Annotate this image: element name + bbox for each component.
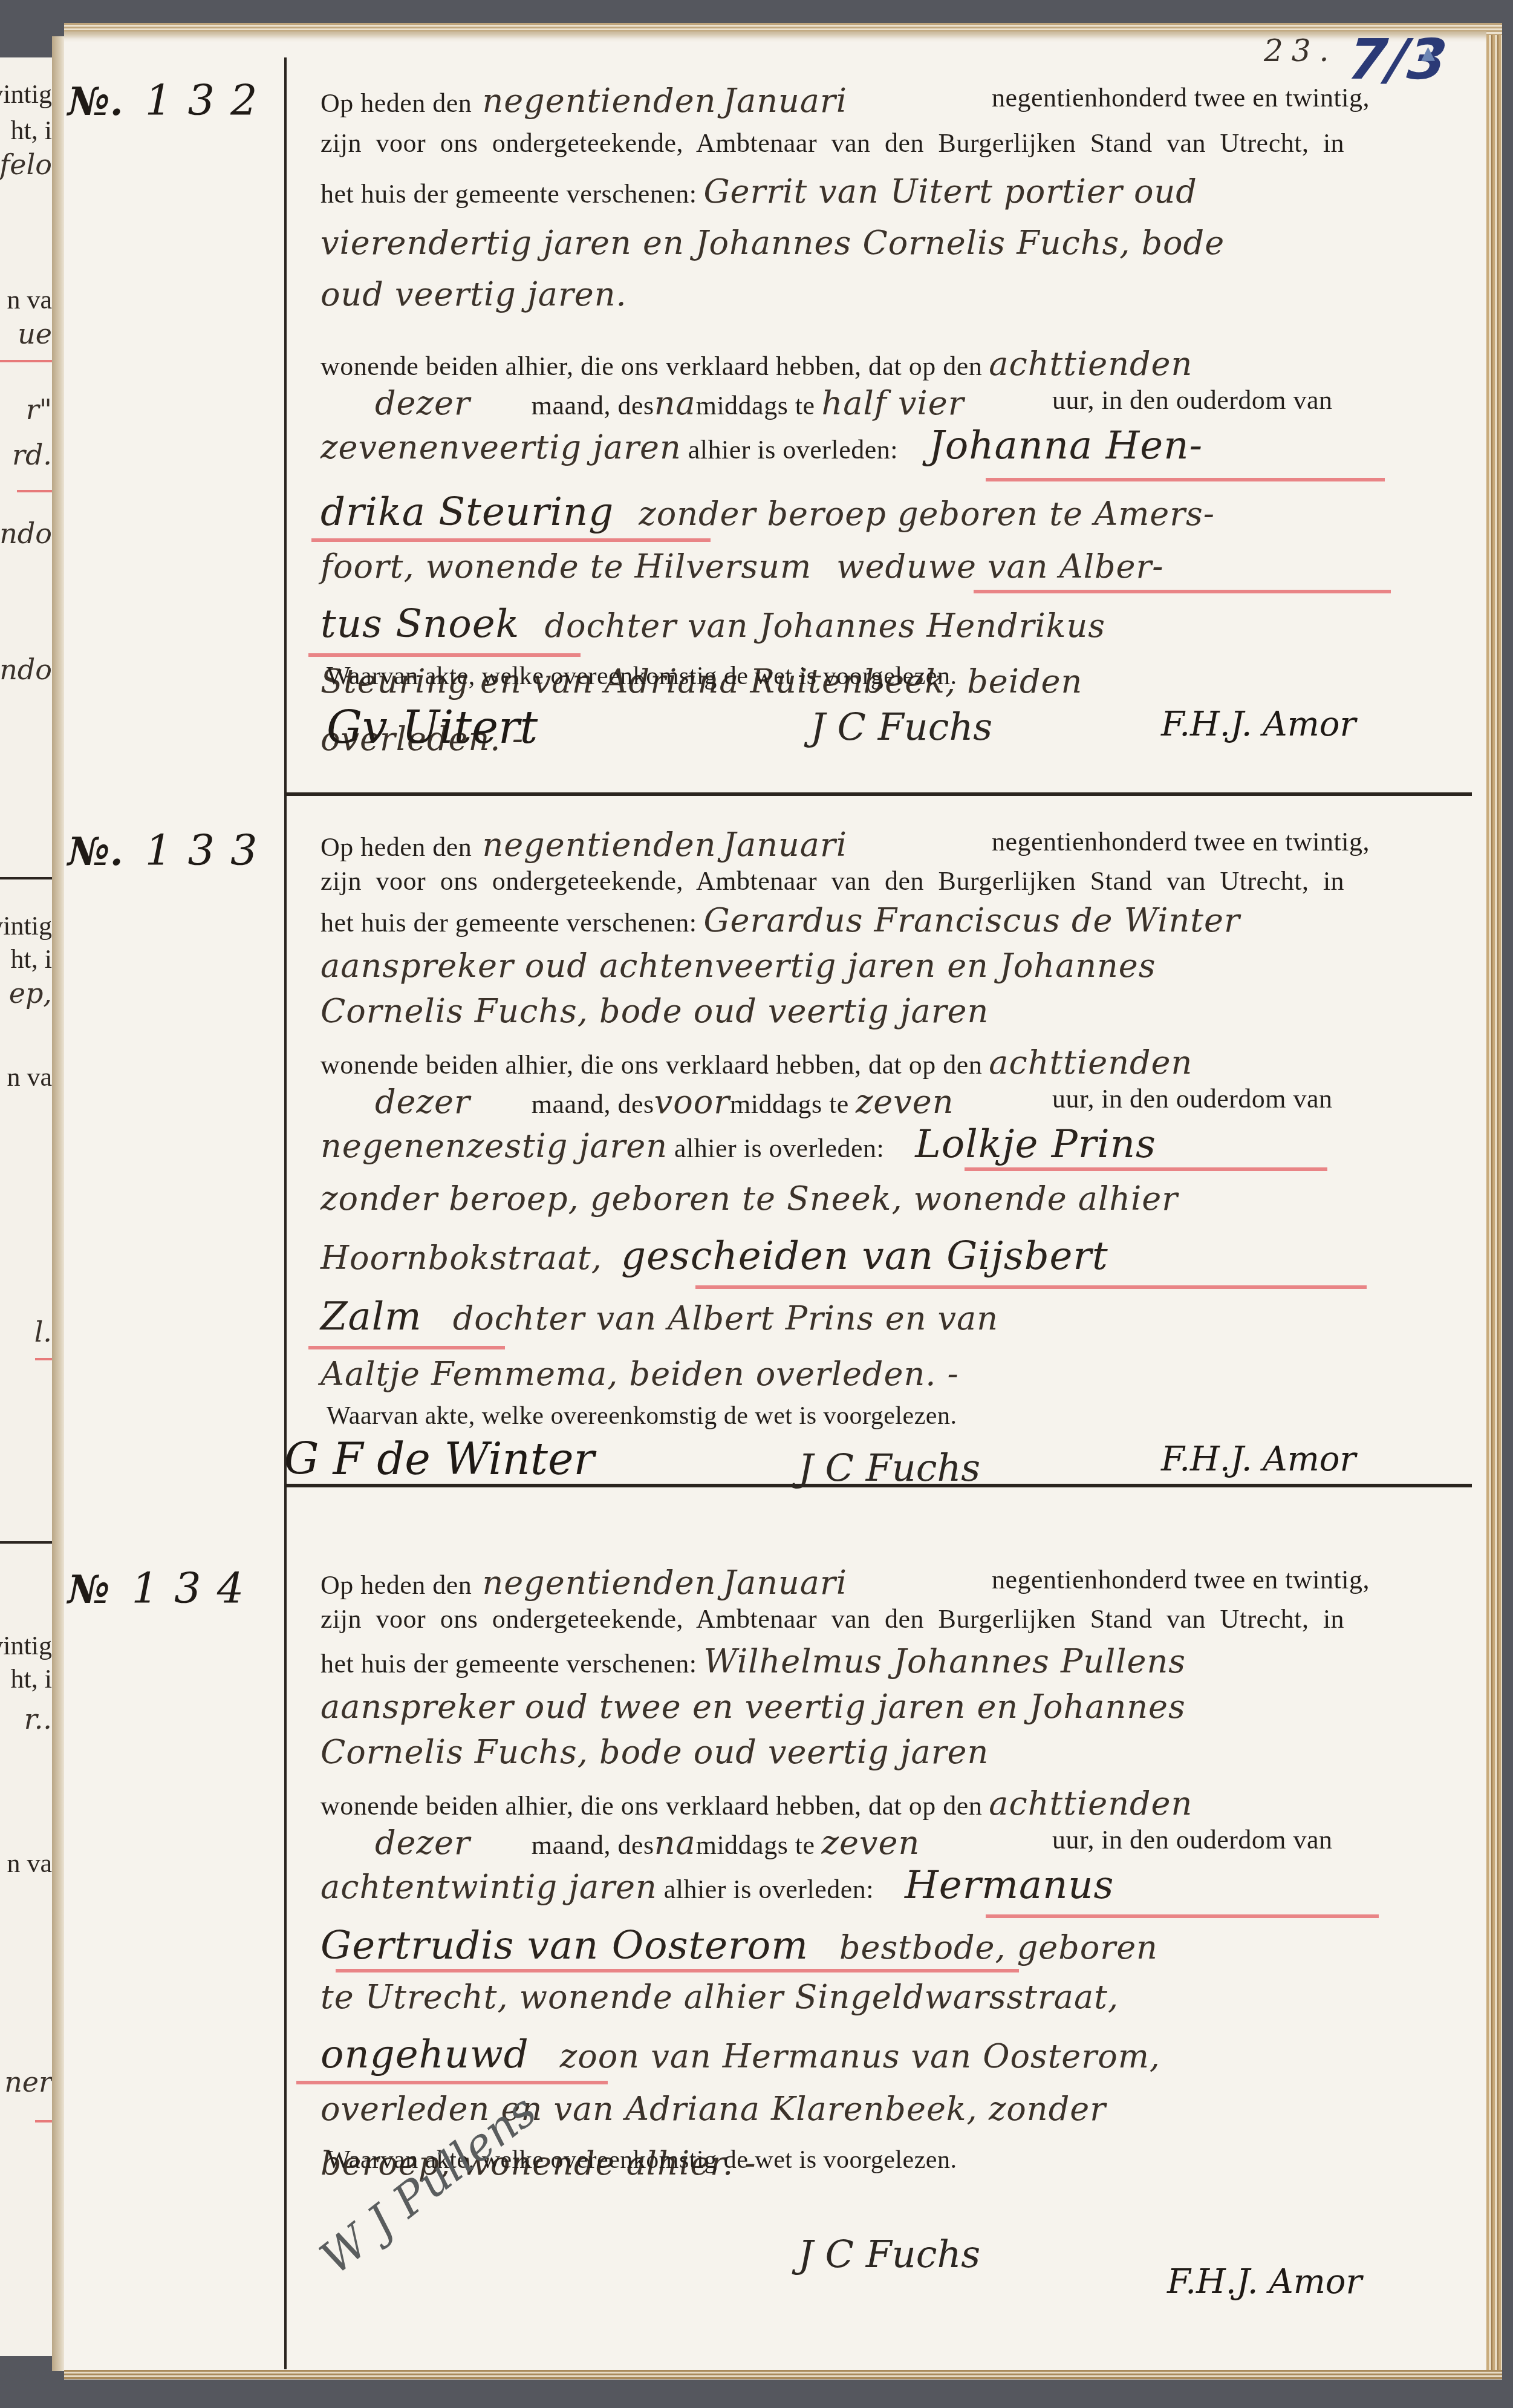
left-page-fragment: vintig ht, i felo n va ue r" rd. ndo ndo… <box>0 57 53 2356</box>
signature-witness-2: J C Fuchs <box>798 1446 980 1490</box>
record-line: tus Snoek dochter van Johannes Hendrikus <box>320 605 1403 644</box>
handwritten-text: na <box>654 1824 696 1862</box>
handwritten-text: dezer <box>375 1083 470 1121</box>
spouse-name: tus Snoek <box>320 602 519 647</box>
handwritten-time: zeven <box>822 1824 920 1862</box>
record-divider <box>0 877 53 879</box>
red-underline <box>986 478 1385 481</box>
printed-text: Op heden den <box>320 88 472 118</box>
number-sign: №. <box>68 79 123 125</box>
red-underline <box>695 1285 1367 1289</box>
deceased-name: Gertrudis van Oosterom <box>320 1923 809 1968</box>
handwritten-marital-status: weduwe van Alber- <box>836 547 1163 586</box>
handwritten-month: Januari <box>723 826 847 864</box>
left-fragment-text: wintig <box>0 910 52 941</box>
record-line: wonende beiden alhier, die ons verklaard… <box>320 1046 1403 1079</box>
handwritten-day: negentienden <box>482 826 716 864</box>
record-divider <box>287 792 1472 796</box>
record-line: achtentwintig jaren alhier is overleden:… <box>320 1866 1403 1905</box>
printed-text: uur, in den ouderdom van <box>1052 1827 1333 1853</box>
handwritten-text: dochter van Johannes Hendrikus <box>544 607 1105 645</box>
record-number-value: 133 <box>145 826 273 875</box>
printed-text: uur, in den ouderdom van <box>1052 1086 1333 1112</box>
handwritten-text: oud veertig jaren. <box>320 275 627 313</box>
printed-text: alhier is overleden: <box>688 435 898 465</box>
handwritten-time: half vier <box>822 384 965 422</box>
record-line: Op heden den negentienden Januari negent… <box>320 1567 1403 1599</box>
deceased-name: Hermanus <box>905 1863 1114 1908</box>
book-gutter <box>52 36 65 2371</box>
closing-formula: Waarvan akte, welke overeenkomstig de we… <box>327 1402 1409 1429</box>
red-underline <box>296 2081 608 2084</box>
record-number: №134 <box>68 1564 259 1613</box>
left-fragment-handwriting: ue <box>18 318 52 350</box>
handwritten-day: negentienden <box>482 1564 716 1602</box>
printed-text: Op heden den <box>320 1570 472 1600</box>
handwritten-marital-status: ongehuwd <box>320 2032 529 2077</box>
signature-witness-1: Gv Uitert <box>327 702 538 754</box>
page-bottom-edge <box>64 2370 1502 2380</box>
record-line: aanspreker oud twee en veertig jaren en … <box>320 1691 1403 1723</box>
left-fragment-handwriting: r.. <box>24 1703 52 1735</box>
signature-registrar: F.H.J. Amor <box>1161 705 1356 744</box>
handwritten-age: negenenzestig jaren <box>320 1127 668 1165</box>
record-line: zijn voor ons ondergeteekende, Ambtenaar… <box>320 868 1403 895</box>
record-line: dezer maand, desvoormiddags te zeven uur… <box>320 1086 1403 1118</box>
record-line: aanspreker oud achtenveertig jaren en Jo… <box>320 950 1403 982</box>
printed-text: Waarvan akte, welke overeenkomstig de we… <box>327 1402 957 1430</box>
record-line: dezer maand, desnamiddags te zeven uur, … <box>320 1827 1403 1859</box>
left-fragment-text: ht, i <box>11 1663 52 1694</box>
handwritten-text: zoon van Hermanus van Oosterom, <box>560 2037 1160 2075</box>
red-underline <box>965 1167 1327 1171</box>
record-line: Hoornbokstraat, gescheiden van Gijsbert <box>320 1237 1403 1276</box>
red-underline <box>35 2120 53 2122</box>
handwritten-text: vierendertig jaren en Johannes Cornelis … <box>320 224 1225 262</box>
handwritten-month: Januari <box>723 1564 847 1602</box>
handwritten-date: achttienden <box>989 1043 1193 1082</box>
spouse-name: Zalm <box>320 1294 422 1339</box>
deceased-name: Johanna Hen- <box>929 423 1203 468</box>
handwritten-text: Aaltje Femmema, beiden overleden. - <box>320 1355 959 1393</box>
handwritten-text: na <box>654 384 696 422</box>
record-line: zijn voor ons ondergeteekende, Ambtenaar… <box>320 130 1403 157</box>
page-stack-edge <box>1486 35 1502 2371</box>
handwritten-date: achttienden <box>989 345 1193 383</box>
record-line: het huis der gemeente verschenen: Gerard… <box>320 904 1403 937</box>
left-fragment-handwriting: ep, <box>9 977 52 1010</box>
handwritten-text: te Utrecht, wonende alhier Singeldwarsst… <box>320 1978 1119 2016</box>
handwritten-text: Hoornbokstraat, <box>320 1239 602 1277</box>
printed-text: maand, des <box>532 391 654 420</box>
folio-number: 23. <box>1264 33 1338 68</box>
record-line: Zalm dochter van Albert Prins en van <box>320 1297 1403 1336</box>
handwritten-day: negentienden <box>482 82 716 120</box>
handwritten-witness: Wilhelmus Johannes Pullens <box>703 1642 1186 1680</box>
printed-text: negentienhonderd twee en twintig, <box>992 829 1370 855</box>
printed-text: middags te <box>696 391 815 420</box>
record-line: Op heden den negentienden Januari negent… <box>320 829 1403 861</box>
record-number-value: 134 <box>132 1564 260 1613</box>
left-fragment-handwriting: r" <box>26 393 52 426</box>
handwritten-text: overleden en van Adriana Klarenbeek, zon… <box>320 2090 1106 2128</box>
left-fragment-text: wintig <box>0 1630 52 1661</box>
record-line: het huis der gemeente verschenen: Wilhel… <box>320 1645 1403 1678</box>
record-line: zonder beroep, geboren te Sneek, wonende… <box>320 1183 1403 1215</box>
closing-formula: Waarvan akte, welke overeenkomstig de we… <box>327 662 1409 689</box>
printed-text: wonende beiden alhier, die ons verklaard… <box>320 1050 982 1080</box>
red-underline <box>986 1914 1379 1918</box>
printed-text: het huis der gemeente verschenen: <box>320 179 697 209</box>
record-line: Gertrudis van Oosterom bestbode, geboren <box>320 1927 1403 1965</box>
printed-text: zijn voor ons ondergeteekende, Ambtenaar… <box>320 866 1344 896</box>
printed-text: alhier is overleden: <box>664 1875 874 1904</box>
signature-registrar: F.H.J. Amor <box>1161 1440 1356 1479</box>
handwritten-witness: Gerardus Franciscus de Winter <box>703 901 1240 939</box>
record-divider <box>0 1541 53 1544</box>
record-line: negenenzestig jaren alhier is overleden:… <box>320 1125 1403 1164</box>
handwritten-occupation: bestbode, geboren <box>839 1928 1158 1966</box>
left-fragment-handwriting: l. <box>34 1316 52 1348</box>
blue-ink-annotation: 7/3 <box>1339 27 1456 92</box>
record-line: zevenenveertig jaren alhier is overleden… <box>320 426 1403 465</box>
handwritten-marital-status: gescheiden van Gijsbert <box>621 1234 1108 1279</box>
record-line: te Utrecht, wonende alhier Singeldwarsst… <box>320 1981 1403 2014</box>
record-number: №.132 <box>68 76 273 125</box>
left-fragment-text: vintig <box>0 79 52 109</box>
record-line: Op heden den negentienden Januari negent… <box>320 85 1403 117</box>
printed-text: zijn voor ons ondergeteekende, Ambtenaar… <box>320 1604 1344 1634</box>
handwritten-month: Januari <box>723 82 847 120</box>
record-line: drika Steuring zonder beroep geboren te … <box>320 493 1403 532</box>
handwritten-witness: Gerrit van Uitert portier oud <box>703 172 1197 210</box>
printed-text: het huis der gemeente verschenen: <box>320 908 697 938</box>
handwritten-text: zonder beroep, geboren te Sneek, wonende… <box>320 1180 1178 1218</box>
red-underline <box>308 1346 505 1349</box>
record-line: wonende beiden alhier, die ons verklaard… <box>320 1787 1403 1820</box>
red-underline <box>17 490 53 492</box>
left-fragment-handwriting: rd. <box>12 439 52 471</box>
handwritten-text: voor <box>654 1083 730 1121</box>
signature-witness-1: G F de Winter <box>284 1434 594 1484</box>
printed-text: middags te <box>696 1830 815 1860</box>
record-number-value: 132 <box>145 76 273 125</box>
printed-text: uur, in den ouderdom van <box>1052 387 1333 414</box>
handwritten-text: aanspreker oud twee en veertig jaren en … <box>320 1688 1186 1726</box>
left-fragment-text: n va <box>7 1062 52 1092</box>
blue-ink-mark: ▲ <box>1421 42 1435 64</box>
handwritten-text: Cornelis Fuchs, bode oud veertig jaren <box>320 992 989 1030</box>
printed-text: Op heden den <box>320 832 472 862</box>
printed-text: Waarvan akte, welke overeenkomstig de we… <box>327 662 957 690</box>
record-line: oud veertig jaren. <box>320 278 1403 311</box>
handwritten-text: foort, wonende te Hilversum <box>320 547 812 586</box>
record-line: Cornelis Fuchs, bode oud veertig jaren <box>320 1736 1403 1769</box>
handwritten-date: achttienden <box>989 1784 1193 1822</box>
printed-text: maand, des <box>532 1830 654 1860</box>
red-underline <box>35 1358 53 1360</box>
record-line: vierendertig jaren en Johannes Cornelis … <box>320 227 1403 259</box>
red-underline <box>974 590 1391 593</box>
printed-text: alhier is overleden: <box>674 1134 884 1163</box>
left-fragment-text: ht, i <box>11 115 52 146</box>
deceased-name: Lolkje Prins <box>915 1122 1156 1167</box>
left-fragment-handwriting: ner <box>4 2066 52 2098</box>
left-fragment-handwriting: felo <box>0 148 52 181</box>
printed-text: negentienhonderd twee en twintig, <box>992 85 1370 111</box>
handwritten-text: dochter van Albert Prins en van <box>453 1299 998 1337</box>
record-line: Aaltje Femmema, beiden overleden. - <box>320 1358 1403 1391</box>
red-underline <box>0 360 53 362</box>
handwritten-text: aanspreker oud achtenveertig jaren en Jo… <box>320 947 1156 985</box>
red-underline <box>311 538 711 542</box>
record-line: foort, wonende te Hilversum weduwe van A… <box>320 550 1403 583</box>
printed-text: zijn voor ons ondergeteekende, Ambtenaar… <box>320 128 1344 158</box>
printed-text: het huis der gemeente verschenen: <box>320 1649 697 1679</box>
handwritten-time: zeven <box>856 1083 954 1121</box>
number-sign: №. <box>68 829 123 875</box>
record-line: ongehuwd zoon van Hermanus van Oosterom, <box>320 2035 1403 2074</box>
printed-text: middags te <box>730 1089 849 1119</box>
printed-text: maand, des <box>532 1089 654 1119</box>
handwritten-age: zevenenveertig jaren <box>320 428 682 466</box>
record-line: dezer maand, desnamiddags te half vier u… <box>320 387 1403 420</box>
record-number: №.133 <box>68 826 273 875</box>
left-fragment-text: n va <box>7 284 52 315</box>
signature-witness-2: J C Fuchs <box>810 705 992 749</box>
record-line: wonende beiden alhier, die ons verklaard… <box>320 348 1403 380</box>
handwritten-text: dezer <box>375 384 470 422</box>
red-underline <box>336 1969 1019 1972</box>
record-line: het huis der gemeente verschenen: Gerrit… <box>320 175 1403 208</box>
red-underline <box>308 653 581 657</box>
printed-text: negentienhonderd twee en twintig, <box>992 1567 1370 1593</box>
printed-text: wonende beiden alhier, die ons verklaard… <box>320 351 982 381</box>
left-fragment-handwriting: ndo <box>0 653 52 686</box>
left-fragment-handwriting: ndo <box>0 517 52 550</box>
signature-witness-2: J C Fuchs <box>798 2232 980 2276</box>
left-fragment-text: ht, i <box>11 944 52 974</box>
deceased-name: drika Steuring <box>320 490 614 535</box>
record-line: Cornelis Fuchs, bode oud veertig jaren <box>320 995 1403 1028</box>
signature-registrar: F.H.J. Amor <box>1167 2262 1362 2302</box>
printed-text: wonende beiden alhier, die ons verklaard… <box>320 1791 982 1821</box>
record-line: zijn voor ons ondergeteekende, Ambtenaar… <box>320 1606 1403 1633</box>
left-fragment-text: n va <box>7 1848 52 1879</box>
number-sign: № <box>68 1567 110 1613</box>
handwritten-age: achtentwintig jaren <box>320 1868 657 1906</box>
handwritten-text: zonder beroep geboren te Amers- <box>639 495 1215 533</box>
handwritten-text: dezer <box>375 1824 470 1862</box>
handwritten-text: Cornelis Fuchs, bode oud veertig jaren <box>320 1733 989 1771</box>
margin-rule <box>284 57 287 2369</box>
